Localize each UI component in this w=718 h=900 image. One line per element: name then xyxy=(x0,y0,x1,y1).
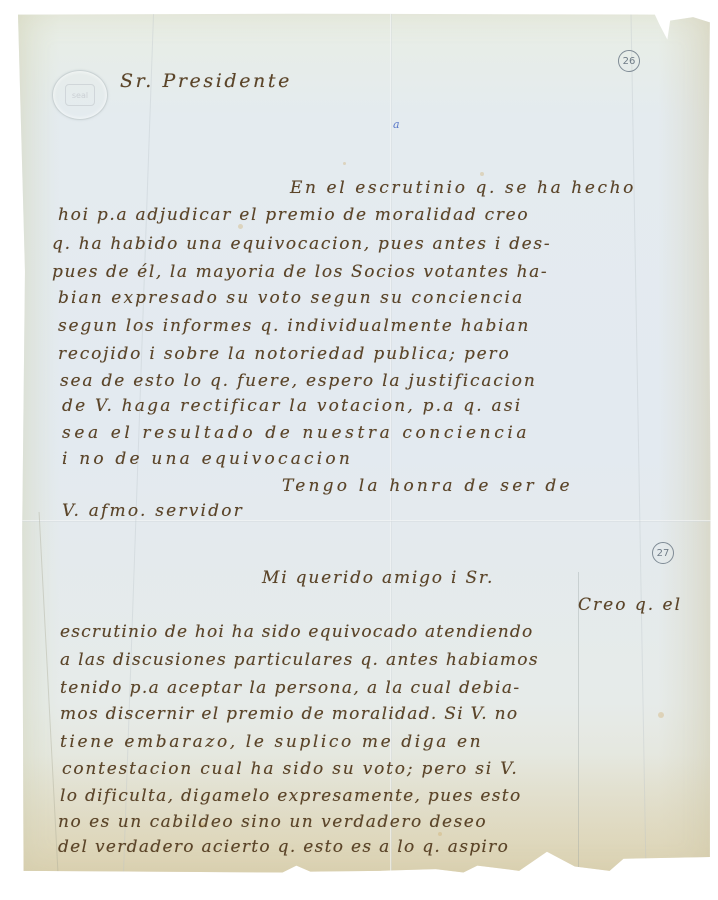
letter-2-line: lo dificulta, digamelo expresamente, pue… xyxy=(60,788,521,805)
letter-1-line: sea de esto lo q. fuere, espero la justi… xyxy=(60,373,537,390)
foxing-spot xyxy=(658,712,664,718)
crease-line xyxy=(630,12,646,876)
letter-1-line: segun los informes q. individualmente ha… xyxy=(58,318,530,335)
letter-1-line: recojido i sobre la notoriedad publica; … xyxy=(58,346,510,363)
letter-2-line: no es un cabildeo sino un verdadero dese… xyxy=(58,814,487,831)
letter-2-line: tiene embarazo, le suplico me diga en xyxy=(60,734,483,751)
letter-1-line: sea el resultado de nuestra conciencia xyxy=(62,425,530,442)
letter-1-signature: V. afmo. servidor xyxy=(62,503,244,520)
letter-2-line: del verdadero acierto q. esto es a lo q.… xyxy=(58,839,509,856)
letter-1-salutation: Sr. Presidente xyxy=(120,72,292,91)
crease-line xyxy=(578,572,579,872)
page-number-badge: 27 xyxy=(652,542,674,564)
foxing-spot xyxy=(343,162,346,165)
letter-1-line: pues de él, la mayoria de los Socios vot… xyxy=(52,264,548,281)
letter-2-line: tenido p.a aceptar la persona, a la cual… xyxy=(60,680,521,697)
letter-1-line: En el escrutinio q. se ha hecho xyxy=(290,180,636,197)
letter-2-line: escrutinio de hoi ha sido equivocado ate… xyxy=(60,624,533,641)
foxing-spot xyxy=(480,172,484,176)
letter-2-line: a las discusiones particulares q. antes … xyxy=(60,652,539,669)
letter-2-line: mos discernir el premio de moralidad. Si… xyxy=(60,706,518,723)
letter-2-line: contestacion cual ha sido su voto; pero … xyxy=(62,761,519,778)
seal-crest-icon: seal xyxy=(65,84,95,106)
letter-1-line: q. ha habido una equivocacion, pues ante… xyxy=(52,236,551,253)
letter-1-line: i no de una equivocacion xyxy=(62,451,353,468)
page-number-badge: 26 xyxy=(618,50,640,72)
letter-1-line: de V. haga rectificar la votacion, p.a q… xyxy=(62,398,522,415)
letter-1-line: bian expresado su voto segun su concienc… xyxy=(58,290,524,307)
blue-pencil-mark: a xyxy=(393,118,400,131)
letter-1-line: hoi p.a adjudicar el premio de moralidad… xyxy=(58,207,529,224)
foxing-spot xyxy=(438,832,442,836)
embossed-seal-icon: seal xyxy=(52,70,108,120)
letter-2-line: Creo q. el xyxy=(578,597,682,614)
letter-1-closing: Tengo la honra de ser de xyxy=(282,478,573,495)
letter-2-salutation: Mi querido amigo i Sr. xyxy=(262,570,494,587)
crease-line xyxy=(39,512,59,872)
